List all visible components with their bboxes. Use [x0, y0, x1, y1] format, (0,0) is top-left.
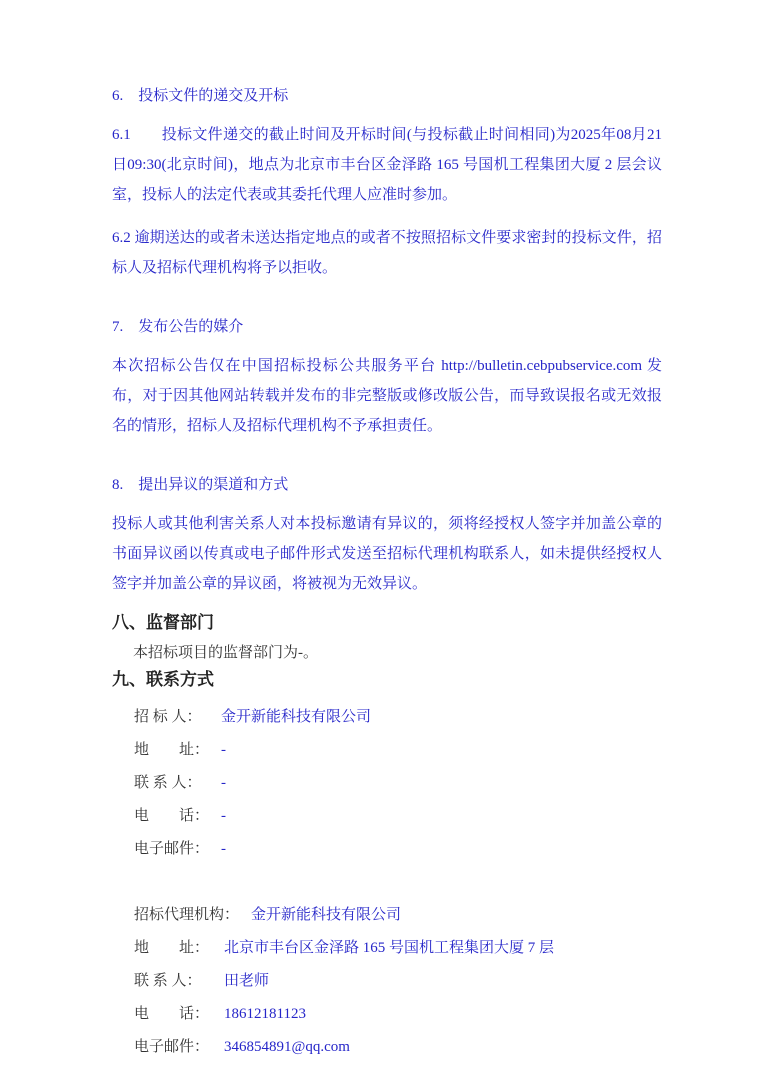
tenderer-address-row: 地 址： - [112, 740, 662, 760]
tenderer-address-value: - [221, 740, 226, 760]
supervision-dept-heading: 八、监督部门 [112, 612, 662, 634]
agency-name-label: 招标代理机构： [134, 905, 239, 925]
agency-name-value: 金开新能科技有限公司 [251, 905, 401, 925]
agency-contact-block: 招标代理机构： 金开新能科技有限公司 地 址： 北京市丰台区金泽路 165 号国… [112, 905, 662, 1057]
agency-address-value: 北京市丰台区金泽路 165 号国机工程集团大厦 7 层 [224, 938, 554, 958]
agency-phone-label: 电 话： [134, 1004, 212, 1024]
tender-announcement-page: 6. 投标文件的递交及开标 6.1 投标文件递交的截止时间及开标时间(与投标截止… [0, 0, 758, 1075]
paragraph-6-2: 6.2 逾期送达的或者未送达指定地点的或者不按照招标文件要求密封的投标文件，招标… [112, 223, 662, 283]
agency-contact-person-row: 联 系 人： 田老师 [112, 971, 662, 991]
tenderer-phone-label: 电 话： [134, 806, 212, 826]
paragraph-7: 本次招标公告仅在中国招标投标公共服务平台 http://bulletin.ceb… [112, 351, 662, 441]
agency-contact-person-value: 田老师 [224, 971, 269, 991]
agency-contact-person-label: 联 系 人： [134, 971, 212, 991]
tenderer-phone-value: - [221, 806, 226, 826]
tenderer-phone-row: 电 话： - [112, 806, 662, 826]
paragraph-8: 投标人或其他利害关系人对本投标邀请有异议的，须将经授权人签字并加盖公章的书面异议… [112, 509, 662, 599]
tenderer-name-value: 金开新能科技有限公司 [221, 707, 371, 727]
agency-address-row: 地 址： 北京市丰台区金泽路 165 号国机工程集团大厦 7 层 [112, 938, 662, 958]
section-6-heading: 6. 投标文件的递交及开标 [112, 86, 662, 106]
paragraph-6-1: 6.1 投标文件递交的截止时间及开标时间(与投标截止时间相同)为2025年08月… [112, 120, 662, 210]
agency-email-label: 电子邮件： [134, 1037, 212, 1057]
tenderer-contact-person-value: - [221, 773, 226, 793]
agency-phone-value: 18612181123 [224, 1004, 306, 1024]
tenderer-address-label: 地 址： [134, 740, 212, 760]
tenderer-contact-block: 招 标 人： 金开新能科技有限公司 地 址： - 联 系 人： - 电 话： -… [112, 707, 662, 859]
agency-email-value: 346854891@qq.com [224, 1037, 350, 1057]
tenderer-contact-person-label: 联 系 人： [134, 773, 212, 793]
tenderer-email-label: 电子邮件： [134, 839, 212, 859]
tenderer-email-value: - [221, 839, 226, 859]
supervision-dept-text: 本招标项目的监督部门为-。 [112, 641, 662, 665]
agency-address-label: 地 址： [134, 938, 212, 958]
tenderer-contact-person-row: 联 系 人： - [112, 773, 662, 793]
agency-phone-row: 电 话： 18612181123 [112, 1004, 662, 1024]
contact-info-heading: 九、联系方式 [112, 669, 662, 691]
agency-email-row: 电子邮件： 346854891@qq.com [112, 1037, 662, 1057]
tenderer-name-row: 招 标 人： 金开新能科技有限公司 [112, 707, 662, 727]
tenderer-name-label: 招 标 人： [134, 707, 212, 727]
tenderer-email-row: 电子邮件： - [112, 839, 662, 859]
section-8-heading: 8. 提出异议的渠道和方式 [112, 475, 662, 495]
section-7-heading: 7. 发布公告的媒介 [112, 317, 662, 337]
agency-name-row: 招标代理机构： 金开新能科技有限公司 [112, 905, 662, 925]
